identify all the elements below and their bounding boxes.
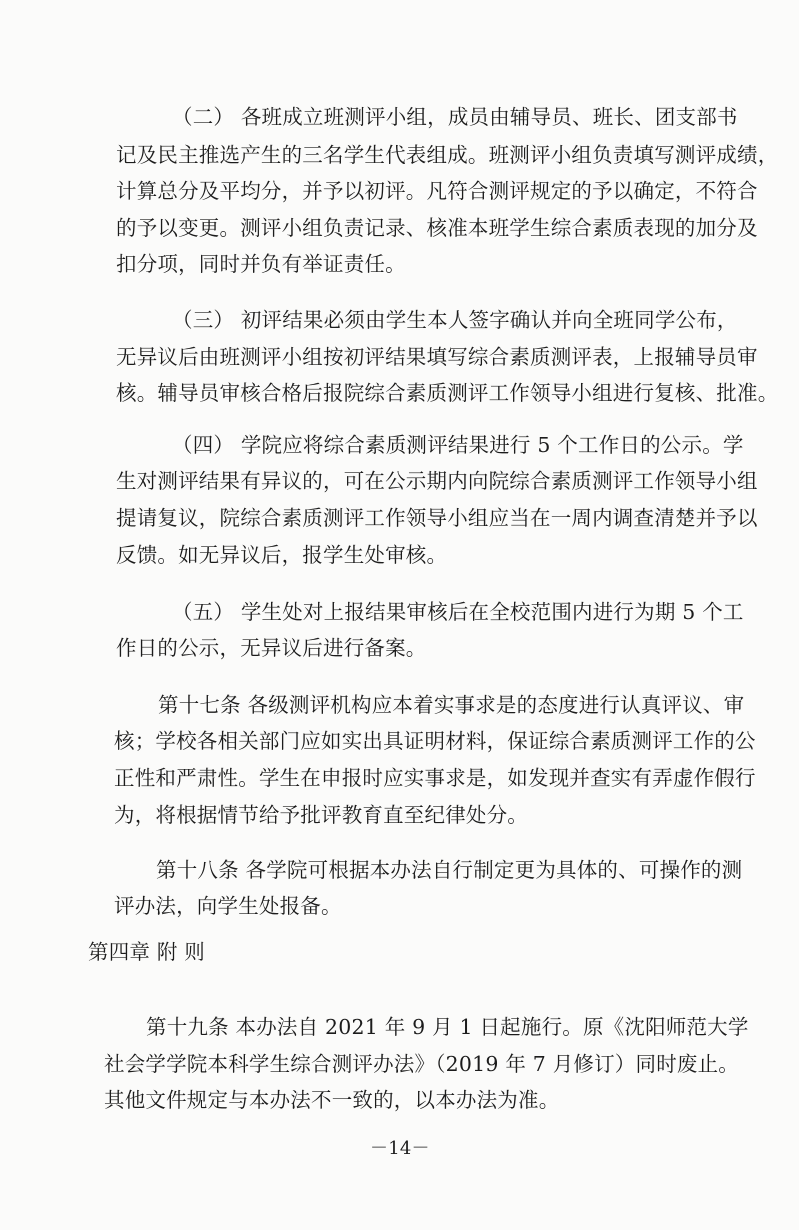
item-2-line-3: 计算总分及平均分，并予以初评。凡符合测评规定的予以确定，不符合 (116, 179, 758, 203)
article-19-line-1: 第十九条 本办法自 2021 年 9 月 1 日起施行。原《沈阳师范大学 (146, 1015, 749, 1039)
page-number: －14－ (370, 1137, 430, 1161)
item-4-line-3: 提请复议，院综合素质测评工作领导小组应当在一周内调查清楚并予以 (116, 506, 758, 530)
item-3-line-1: （三） 初评结果必须由学生本人签字确认并向全班同学公布， (172, 308, 738, 332)
item-3-line-3: 核。辅导员审核合格后报院综合素质测评工作领导小组进行复核、批准。 (116, 381, 778, 405)
chapter-heading: 第四章 附 则 (88, 940, 205, 964)
article-17-line-2: 核；学校各相关部门应如实出具证明材料，保证综合素质测评工作的公 (114, 729, 756, 753)
item-2-line-4: 的予以变更。测评小组负责记录、核准本班学生综合素质表现的加分及 (116, 216, 758, 240)
item-5-line-2: 作日的公示，无异议后进行备案。 (116, 636, 427, 660)
article-17-line-4: 为，将根据情节给予批评教育直至纪律处分。 (114, 803, 528, 827)
item-3-line-2: 无异议后由班测评小组按初评结果填写综合素质测评表，上报辅导员审 (116, 345, 758, 369)
item-4-line-4: 反馈。如无异议后，报学生处审核。 (116, 543, 447, 567)
item-2-line-1: （二） 各班成立班测评小组，成员由辅导员、班长、团支部书 (172, 105, 738, 129)
item-2-line-2: 记及民主推选产生的三名学生代表组成。班测评小组负责填写测评成绩， (116, 143, 778, 167)
item-2-line-5: 扣分项，同时并负有举证责任。 (116, 252, 406, 276)
article-17-line-3: 正性和严肃性。学生在申报时应实事求是，如发现并查实有弄虚作假行 (114, 766, 756, 790)
item-4-line-1: （四） 学院应将综合素质测评结果进行 5 个工作日的公示。学 (172, 433, 744, 457)
article-19-line-3: 其他文件规定与本办法不一致的，以本办法为准。 (104, 1088, 559, 1112)
article-19-line-2: 社会学学院本科学生综合测评办法》（2019 年 7 月修订）同时废止。 (104, 1052, 739, 1076)
article-18-line-1: 第十八条 各学院可根据本办法自行制定更为具体的、可操作的测 (156, 858, 742, 882)
item-5-line-1: （五） 学生处对上报结果审核后在全校范围内进行为期 5 个工 (172, 600, 744, 624)
article-17-line-1: 第十七条 各级测评机构应本着实事求是的态度进行认真评议、审 (158, 693, 744, 717)
article-18-line-2: 评办法，向学生处报备。 (114, 894, 342, 918)
item-4-line-2: 生对测评结果有异议的，可在公示期内向院综合素质测评工作领导小组 (116, 469, 758, 493)
